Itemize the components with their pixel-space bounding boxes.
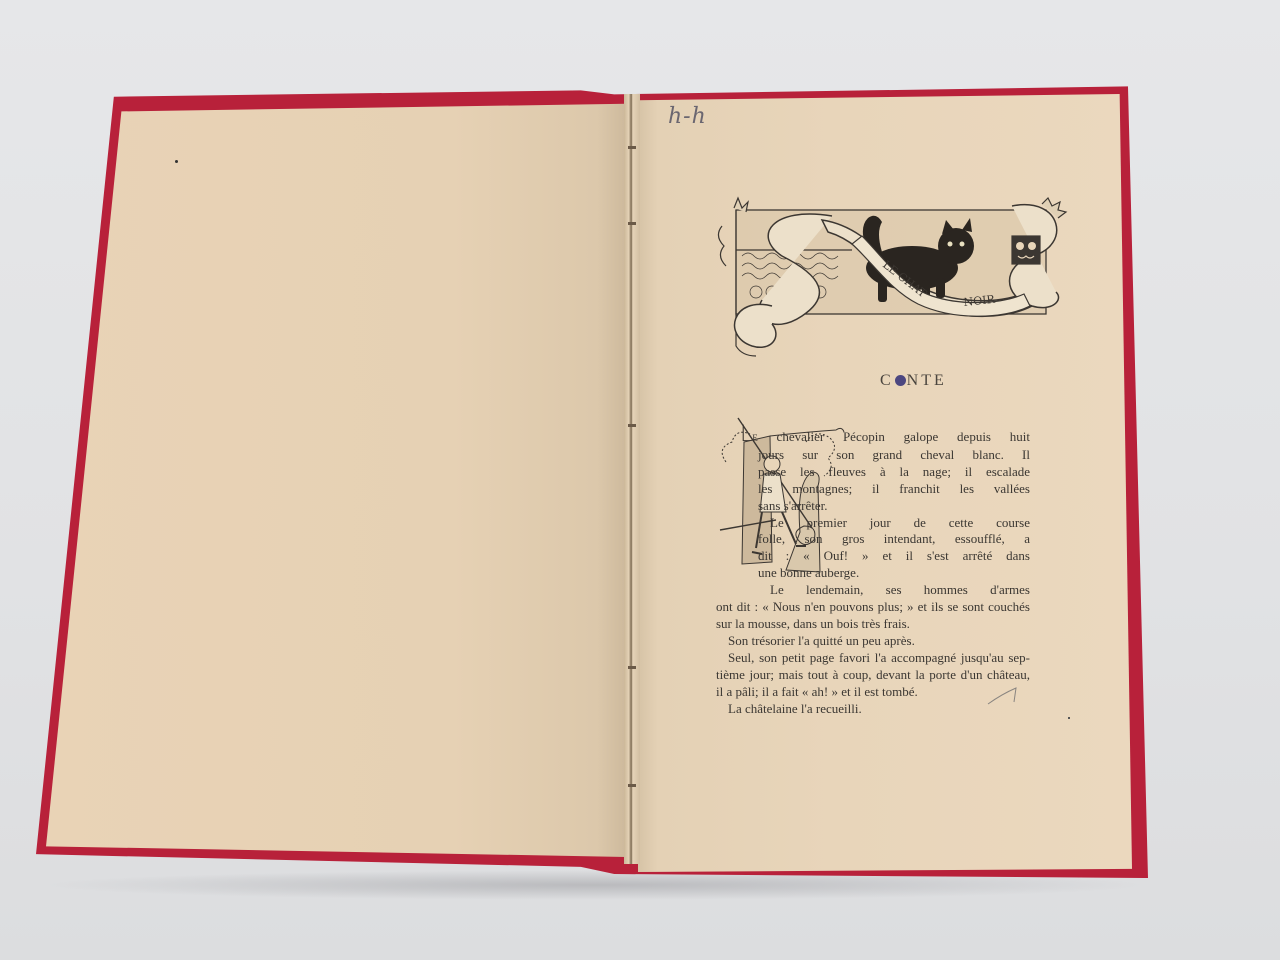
text-line: sans s'arrêter. bbox=[758, 498, 1030, 515]
text-line: une bonne auberge. bbox=[758, 565, 1030, 582]
text-line: Seul, son petit page favori l'a accompag… bbox=[728, 650, 1030, 667]
text-line: folle, son gros intendant, essoufflé, a bbox=[758, 531, 1030, 548]
pencil-mark-icon bbox=[986, 684, 1020, 706]
binding-stitch bbox=[628, 424, 636, 427]
ink-speck bbox=[175, 160, 178, 163]
text-line: dit : « Ouf! » et il s'est arrêté dans bbox=[758, 548, 1030, 565]
text-line: Le premier jour de cette course bbox=[770, 515, 1030, 532]
text-line: il a pâli; il a fait « ah! » et il est t… bbox=[716, 684, 1030, 701]
text-line: tième jour; mais tout à coup, devant la … bbox=[716, 667, 1030, 684]
left-page bbox=[46, 100, 626, 860]
binding-stitch bbox=[628, 666, 636, 669]
text-line: les montagnes; il franchit les vallées bbox=[758, 481, 1030, 498]
text-line: ont dit : « Nous n'en pouvons plus; » et… bbox=[716, 599, 1030, 616]
black-cat-banner-ornament-icon: LE CHAT NOIR bbox=[712, 196, 1082, 362]
binding-stitch bbox=[628, 146, 636, 149]
chapter-title: CNTE bbox=[880, 372, 947, 390]
story-text: LE chevalier Pécopin galope depuis huit … bbox=[740, 428, 1030, 717]
book-gutter bbox=[624, 94, 640, 864]
text-line: La châtelaine l'a recueilli. bbox=[728, 701, 1030, 718]
handwritten-note: h-h bbox=[668, 104, 707, 129]
text-line: Le lendemain, ses hommes d'armes bbox=[770, 582, 1030, 599]
text-line: LE chevalier Pécopin galope depuis huit bbox=[740, 428, 1030, 447]
binding-stitch bbox=[628, 784, 636, 787]
text-line: passe les fleuves à la nage; il escalade bbox=[758, 464, 1030, 481]
text-line: sur la mousse, dans un bois très frais. bbox=[716, 616, 1030, 633]
title-o-dot bbox=[895, 375, 906, 386]
ink-speck bbox=[1068, 717, 1070, 719]
binding-stitch bbox=[628, 222, 636, 225]
text-line: Son trésorier l'a quitté un peu après. bbox=[728, 633, 1030, 650]
text-line: jours sur son grand cheval blanc. Il bbox=[758, 447, 1030, 464]
